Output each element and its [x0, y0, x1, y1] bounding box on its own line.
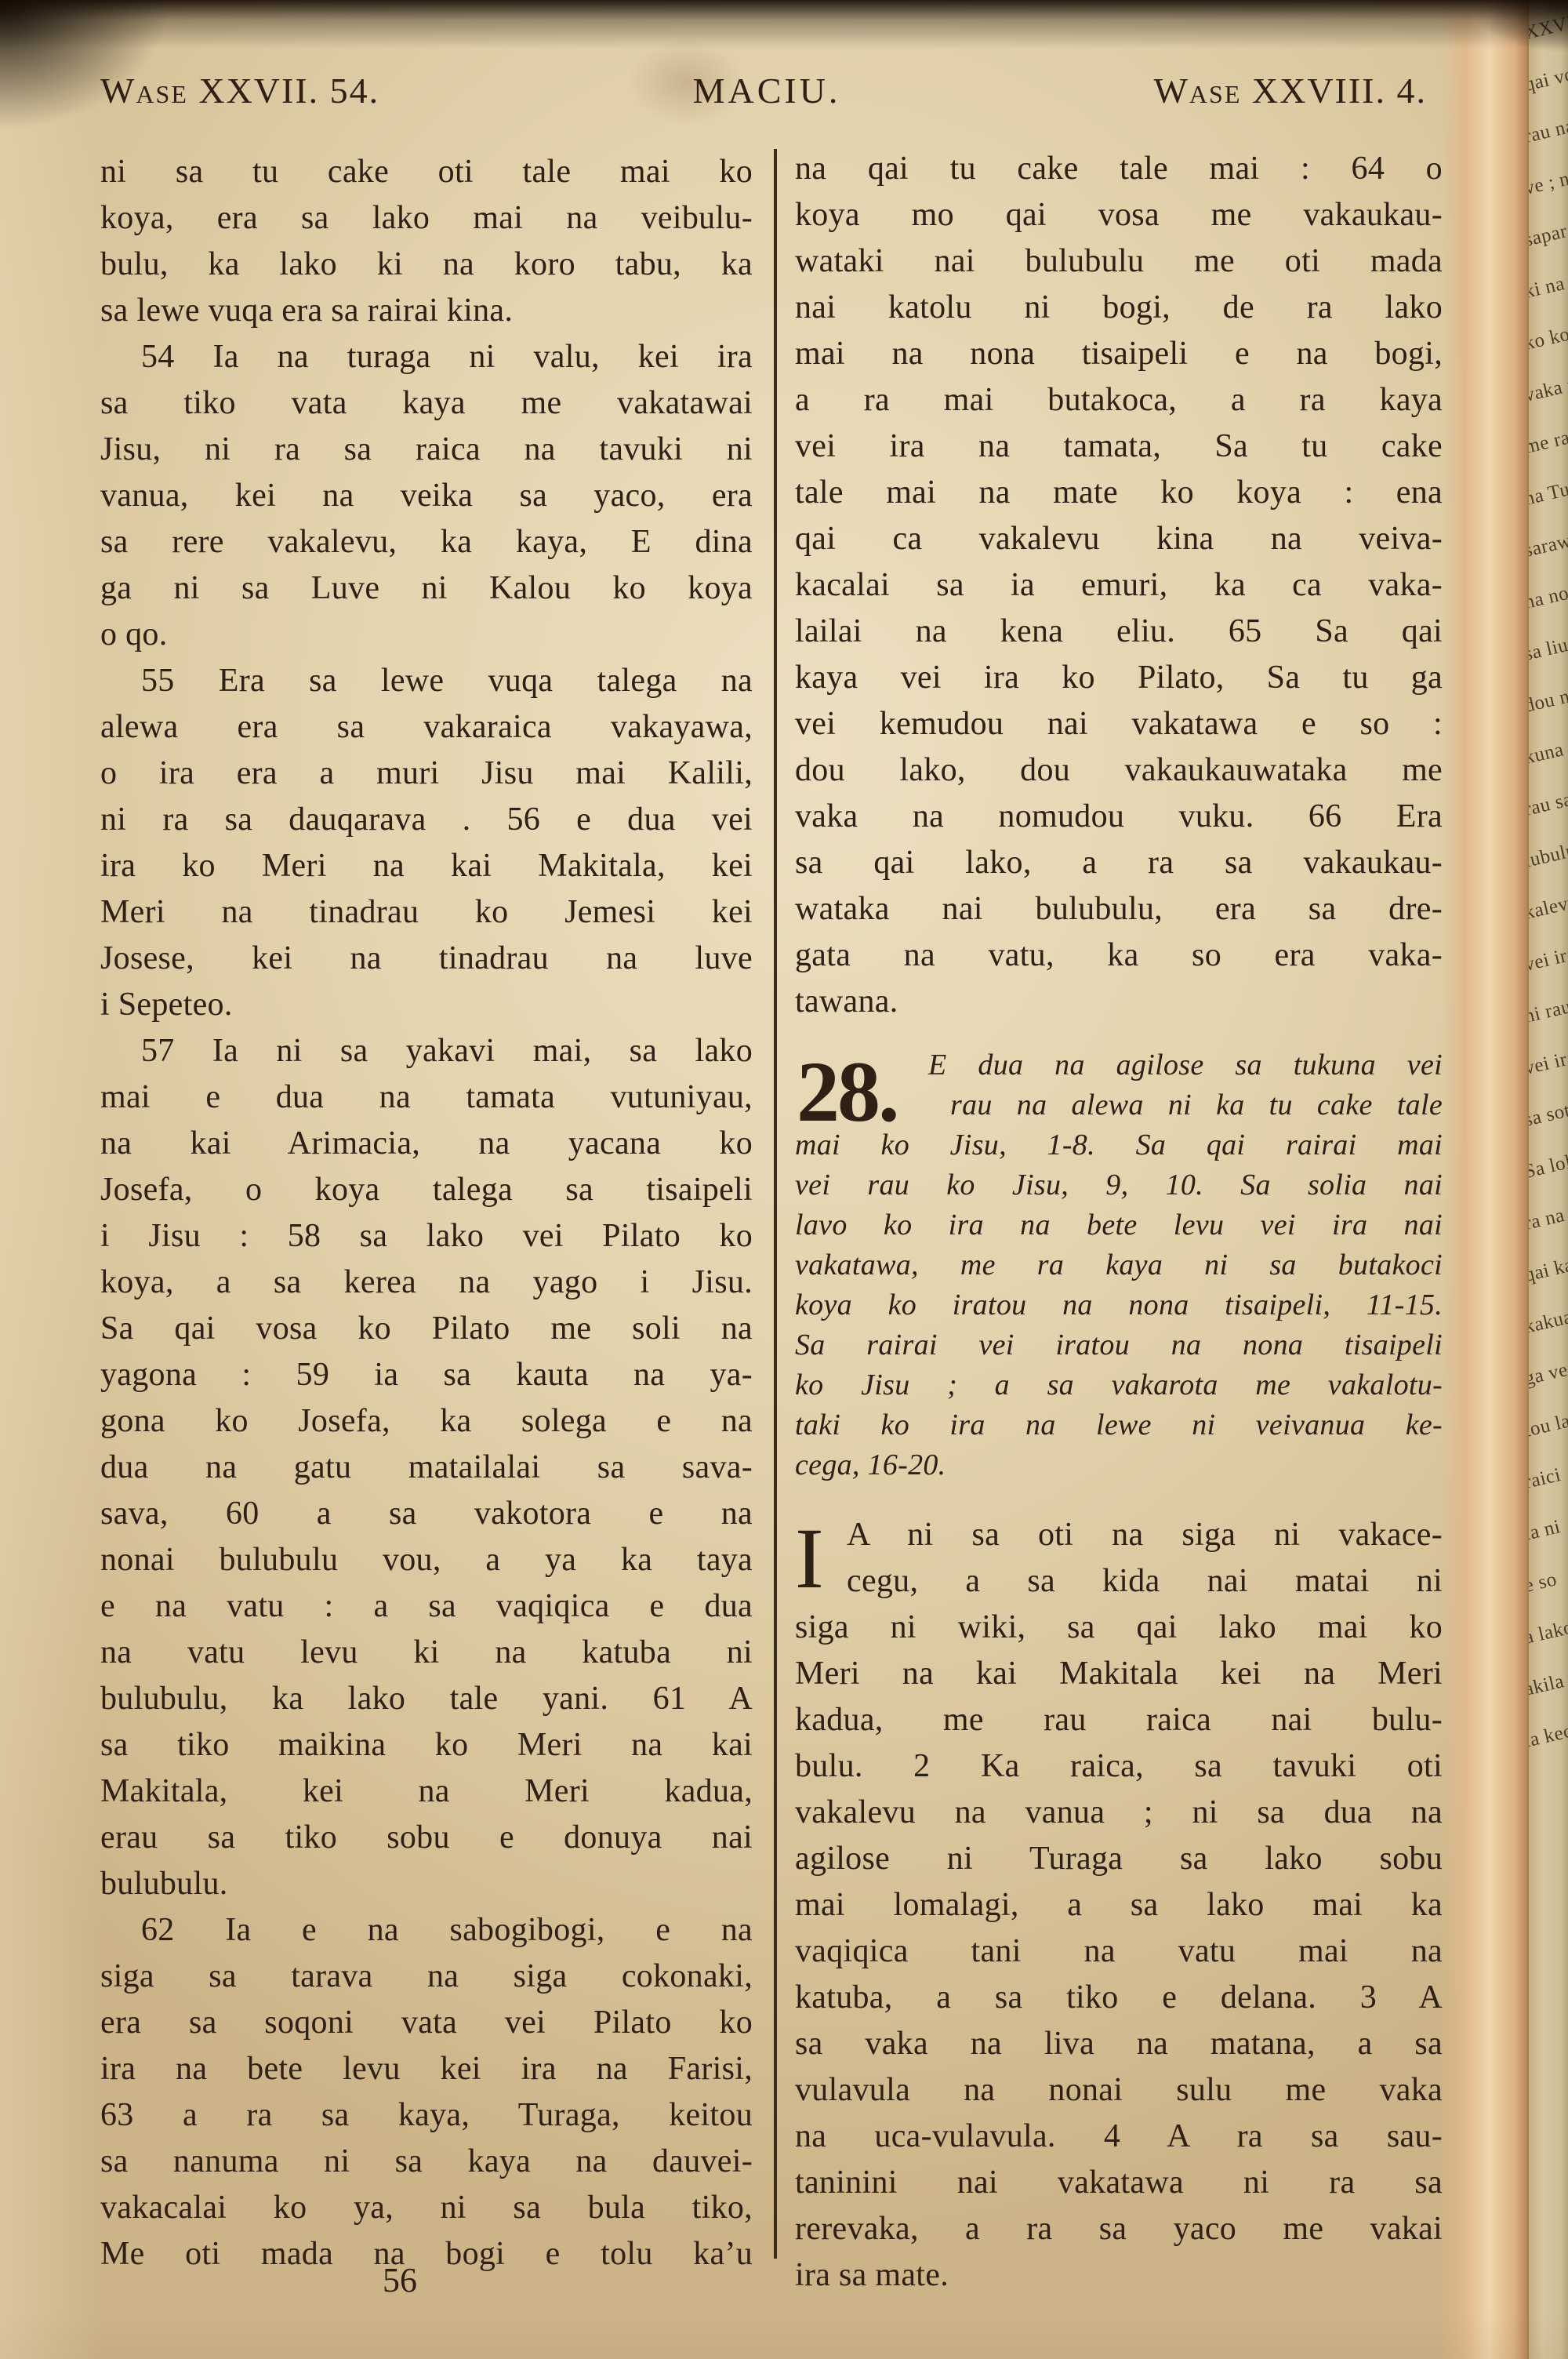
edge-text-fragment: na Tu: [1529, 480, 1568, 509]
text-line: dua na gatu matailalai sa sava-: [100, 1445, 753, 1491]
text-line: taninini nai vakatawa ni ra sa: [795, 2160, 1443, 2206]
text-line: 55 Era sa lewe vuqa talega na: [100, 658, 753, 704]
text-line: e na vatu : a sa vaqiqica e dua: [100, 1583, 753, 1630]
edge-text-fragment: kalevu: [1529, 894, 1568, 923]
drop-cap-initial: I: [795, 1515, 824, 1601]
text-line: ira sa mate.: [795, 2252, 1443, 2299]
edge-text-fragment: qai vo: [1529, 66, 1568, 95]
edge-text-fragment: rau na: [1529, 118, 1568, 147]
chapter-27-continuation: na qai tu cake tale mai : 64 okoya mo qa…: [795, 146, 1443, 1025]
edge-text-fragment: ki na k: [1529, 273, 1568, 302]
text-line: wataka nai bulubulu, era sa dre-: [795, 886, 1443, 932]
text-line: i Jisu : 58 sa lako vei Pilato ko: [100, 1213, 753, 1259]
text-line: katuba, a sa tiko e delana. 3 A: [795, 1975, 1443, 2021]
text-line: gona ko Josefa, ka solega e na: [100, 1398, 753, 1445]
text-line: agilose ni Turaga sa lako sobu: [795, 1836, 1443, 1882]
text-line: bulu. 2 Ka raica, sa tavuki oti: [795, 1743, 1443, 1790]
text-line: vakalevu na vanua ; ni sa dua na: [795, 1790, 1443, 1836]
text-line: a ra mai butakoca, a ra kaya: [795, 377, 1443, 423]
left-text-column: ni sa tu cake oti tale mai kokoya, era s…: [100, 149, 753, 2277]
edge-text-fragment: me ra: [1529, 428, 1568, 457]
summary-line: lavo ko ira na bete levu vei ira nai: [795, 1205, 1443, 1245]
text-line: mai lomalagi, a sa lako mai ka: [795, 1882, 1443, 1928]
text-line: siga ni wiki, sa qai lako mai ko: [795, 1605, 1443, 1651]
text-line: ira na bete levu kei ira na Farisi,: [100, 2046, 753, 2092]
text-line: koya mo qai vosa me vakaukau-: [795, 192, 1443, 238]
next-page-text-fragments: XXVIII.qai vorau nave ; nisaparaiki na k…: [1529, 0, 1568, 1747]
text-line: sa lewe vuqa era sa rairai kina.: [100, 288, 753, 334]
text-line: vanua, kei na veika sa yaco, era: [100, 473, 753, 519]
text-line: lailai na kena eliu. 65 Sa qai: [795, 609, 1443, 655]
text-line: ni ra sa dauqarava . 56 e dua vei: [100, 797, 753, 843]
text-line: na uca-vulavula. 4 A ra sa sau-: [795, 2114, 1443, 2160]
edge-text-fragment: qai ka: [1529, 1256, 1568, 1285]
edge-text-fragment: ko koy: [1529, 325, 1568, 354]
text-line: vakacalai ko ya, ni sa bula tiko,: [100, 2185, 753, 2231]
text-line: Meri na kai Makitala kei na Meri: [795, 1651, 1443, 1697]
edge-text-fragment: vaka na: [1529, 376, 1568, 405]
text-line: vulavula na nonai sulu me vaka: [795, 2067, 1443, 2114]
edge-text-fragment: na nona: [1529, 583, 1568, 612]
text-line: sava, 60 a sa vakotora e na: [100, 1491, 753, 1537]
text-line: 63 a ra sa kaya, Turaga, keitou: [100, 2092, 753, 2139]
text-line: kaya vei ira ko Pilato, Sa tu ga: [795, 655, 1443, 701]
edge-text-fragment: tou lak: [1529, 1412, 1568, 1441]
text-line: wataki nai bulubulu me oti mada: [795, 238, 1443, 285]
running-head-right: Wase XXVIII. 4.: [100, 69, 1427, 112]
edge-text-fragment: XXVIII.: [1529, 14, 1568, 43]
page-fore-edge: [1441, 0, 1529, 2359]
text-line: rerevaka, a ra sa yaco me vakai: [795, 2206, 1443, 2252]
edge-text-fragment: Sa lolom: [1529, 1153, 1568, 1182]
edge-text-fragment: lubulu: [1529, 842, 1568, 871]
text-line: sa rere vakalevu, ka kaya, E dina: [100, 519, 753, 565]
text-line: Jisu, ni ra sa raica na tavuki ni: [100, 427, 753, 473]
text-line: nai katolu ni bogi, de ra lako: [795, 285, 1443, 331]
text-line: alewa era sa vakaraica vakayawa,: [100, 704, 753, 751]
text-line: vaqiqica tani na vatu mai na: [795, 1928, 1443, 1975]
edge-text-fragment: la kece: [1529, 1722, 1568, 1751]
text-line: Makitala, kei na Meri kadua,: [100, 1768, 753, 1815]
edge-text-fragment: vei irato: [1529, 1049, 1568, 1078]
edge-text-fragment: ra na y: [1529, 1205, 1568, 1234]
text-line: nonai bulubulu vou, a ya ka taya: [100, 1537, 753, 1583]
chapter-28-opening-paragraph: I A ni sa oti na siga ni vakace-cegu, a …: [795, 1512, 1443, 2299]
right-text-column: na qai tu cake tale mai : 64 okoya mo qa…: [795, 146, 1443, 2299]
scanned-book-page: Wase XXVII. 54. MACIU. Wase XXVIII. 4. n…: [0, 0, 1568, 2359]
edge-text-fragment: akila: [1529, 1670, 1568, 1699]
next-page-edge: XXVIII.qai vorau nave ; nisaparaiki na k…: [1529, 0, 1568, 2359]
text-line: qai ca vakalevu kina na veiva-: [795, 516, 1443, 562]
text-line: vei kemudou nai vakatawa e so :: [795, 701, 1443, 747]
text-line: koya, a sa kerea na yago i Jisu.: [100, 1259, 753, 1306]
text-line: bulubulu, ka lako tale yani. 61 A: [100, 1676, 753, 1722]
text-line: 57 Ia ni sa yakavi mai, sa lako: [100, 1028, 753, 1074]
summary-line: ko Jisu ; a sa vakarota me vakalotu-: [795, 1365, 1443, 1405]
edge-text-fragment: sa sota: [1529, 1101, 1568, 1130]
text-line: Josefa, o koya talega sa tisaipeli: [100, 1167, 753, 1213]
text-line: sa tiko maikina ko Meri na kai: [100, 1722, 753, 1768]
text-line: kadua, me rau raica nai bulu-: [795, 1697, 1443, 1743]
edge-text-fragment: ni rau: [1529, 998, 1568, 1027]
edge-text-fragment: e so: [1529, 1567, 1568, 1596]
text-line: Meri na tinadrau ko Jemesi kei: [100, 889, 753, 936]
edge-text-fragment: sa liu: [1529, 635, 1568, 664]
edge-text-fragment: rau sa l: [1529, 791, 1568, 820]
text-line: ira ko Meri na kai Makitala, kei: [100, 843, 753, 889]
summary-line: cega, 16-20.: [795, 1445, 1443, 1485]
text-line: mai e dua na tamata vutuniyau,: [100, 1074, 753, 1121]
text-line: vei ira na tamata, Sa tu cake: [795, 423, 1443, 470]
page-number: 56: [125, 2260, 674, 2300]
edge-text-fragment: dou na: [1529, 687, 1568, 716]
text-line: A ni sa oti na siga ni vakace-: [795, 1512, 1443, 1558]
edge-text-fragment: la ni: [1529, 1515, 1568, 1544]
text-line: na qai tu cake tale mai : 64 o: [795, 146, 1443, 192]
edge-text-fragment: ga ve: [1529, 1360, 1568, 1389]
column-divider-rule: [774, 149, 777, 2259]
summary-line: taki ko ira na lewe ni veivanua ke-: [795, 1405, 1443, 1445]
text-line: bulu, ka lako ki na koro tabu, ka: [100, 242, 753, 288]
text-line: ni sa tu cake oti tale mai ko: [100, 149, 753, 195]
text-line: vaka na nomudou vuku. 66 Era: [795, 794, 1443, 840]
text-line: na kai Arimacia, na yacana ko: [100, 1121, 753, 1167]
text-line: i Sepeteo.: [100, 982, 753, 1028]
text-line: 54 Ia na turaga ni valu, kei ira: [100, 334, 753, 380]
text-line: tawana.: [795, 979, 1443, 1025]
edge-text-fragment: ve ; ni: [1529, 169, 1568, 198]
summary-line: Sa rairai vei iratou na nona tisaipeli: [795, 1325, 1443, 1365]
text-line: o ira era a muri Jisu mai Kalili,: [100, 751, 753, 797]
text-line: sa nanuma ni sa kaya na dauvei-: [100, 2139, 753, 2185]
edge-text-fragment: raici: [1529, 1463, 1568, 1492]
text-line: yagona : 59 ia sa kauta na ya-: [100, 1352, 753, 1398]
text-line: ga ni sa Luve ni Kalou ko koya: [100, 565, 753, 612]
edge-text-fragment: sarawa: [1529, 532, 1568, 561]
text-line: bulubulu.: [100, 1861, 753, 1907]
text-line: dou lako, dou vakaukauwataka me: [795, 747, 1443, 794]
text-line: sa qai lako, a ra sa vakaukau-: [795, 840, 1443, 886]
chapter-28-heading: 28. E dua na agilose sa tukuna veirau na…: [795, 1045, 1443, 1485]
text-line: Sa qai vosa ko Pilato me soli na: [100, 1306, 753, 1352]
text-line: Josese, kei na tinadrau na luve: [100, 936, 753, 982]
text-line: cegu, a sa kida nai matai ni: [795, 1558, 1443, 1605]
summary-line: vei rau ko Jisu, 9, 10. Sa solia nai: [795, 1165, 1443, 1205]
text-line: sa tiko vata kaya me vakatawai: [100, 380, 753, 427]
summary-line: vakatawa, me ra kaya ni sa butakoci: [795, 1245, 1443, 1285]
text-line: gata na vatu, ka so era vaka-: [795, 932, 1443, 979]
text-line: tale mai na mate ko koya : ena: [795, 470, 1443, 516]
text-line: 62 Ia e na sabogibogi, e na: [100, 1907, 753, 1954]
text-line: sa vaka na liva na matana, a sa: [795, 2021, 1443, 2067]
edge-text-fragment: kuna ve: [1529, 739, 1568, 768]
text-line: era sa soqoni vata vei Pilato ko: [100, 2000, 753, 2046]
text-line: na vatu levu ki na katuba ni: [100, 1630, 753, 1676]
text-line: siga sa tarava na siga cokonaki,: [100, 1954, 753, 2000]
edge-text-fragment: vei ira: [1529, 946, 1568, 975]
opening-lines: A ni sa oti na siga ni vakace-cegu, a sa…: [795, 1512, 1443, 2299]
text-line: mai na nona tisaipeli e na bogi,: [795, 331, 1443, 377]
edge-text-fragment: saparai: [1529, 221, 1568, 250]
summary-line: koya ko iratou na nona tisaipeli, 11-15.: [795, 1285, 1443, 1325]
edge-text-fragment: a lako: [1529, 1619, 1568, 1648]
text-line: erau sa tiko sobu e donuya nai: [100, 1815, 753, 1861]
text-line: koya, era sa lako mai na veibulu-: [100, 195, 753, 242]
text-line: o qo.: [100, 612, 753, 658]
edge-text-fragment: kakua: [1529, 1308, 1568, 1337]
text-line: kacalai sa ia emuri, ka ca vaka-: [795, 562, 1443, 609]
chapter-number: 28.: [797, 1049, 898, 1135]
